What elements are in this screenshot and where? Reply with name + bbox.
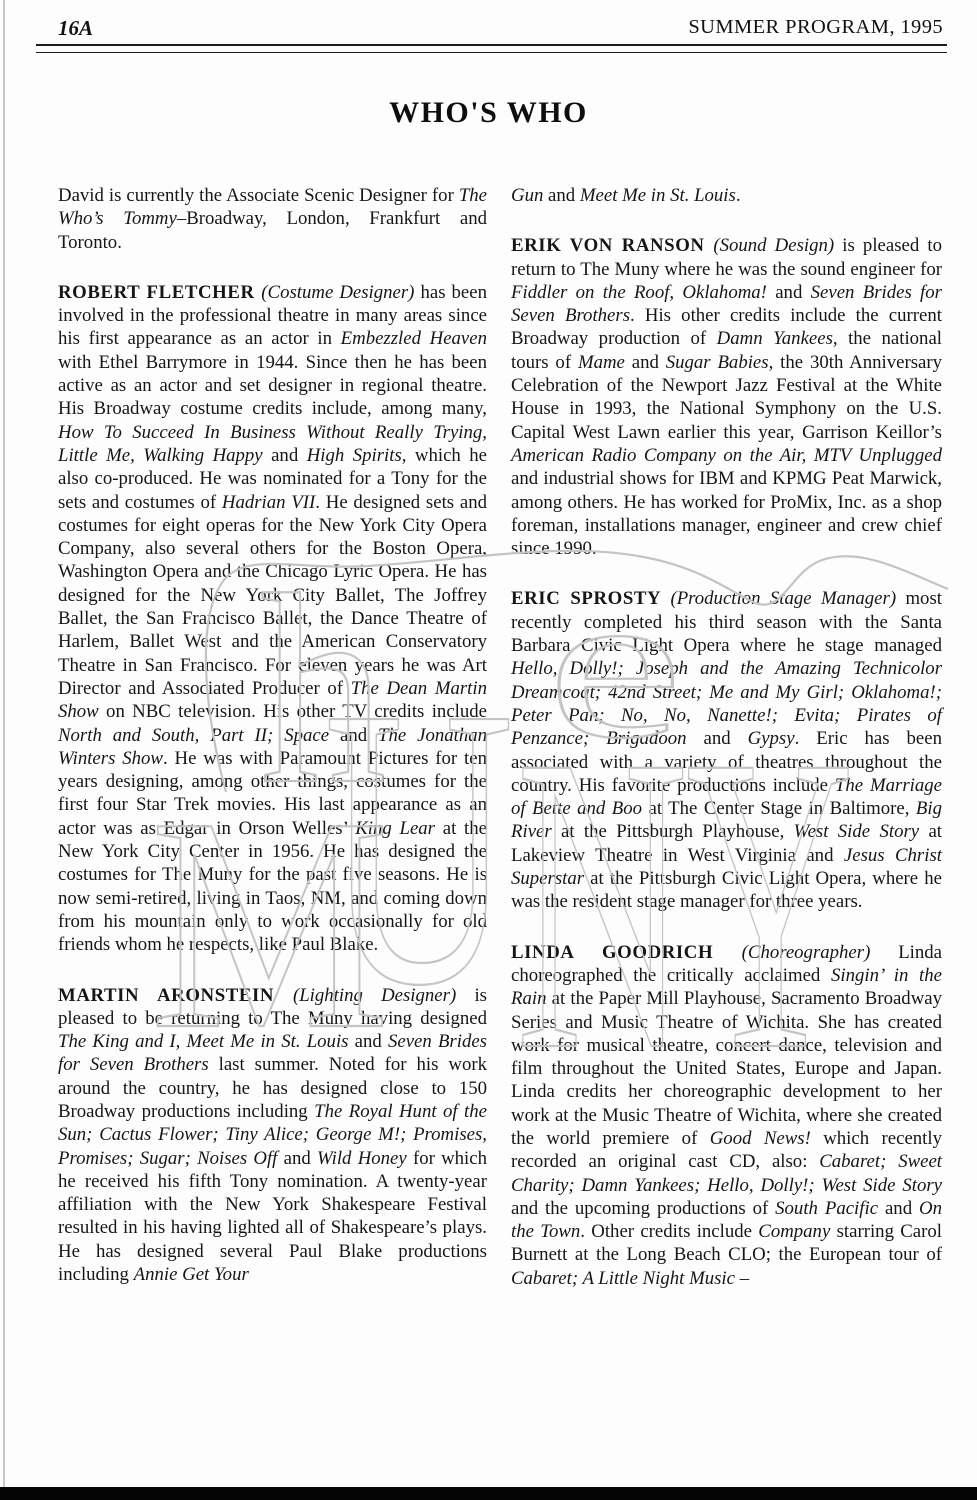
page-title: WHO'S WHO <box>0 96 977 130</box>
paragraph-david-continuation: David is currently the Associate Scenic … <box>58 184 487 254</box>
page-number: 16A <box>58 16 93 41</box>
header-program-title: SUMMER PROGRAM, 1995 <box>688 16 943 39</box>
header-rule-bottom <box>36 52 947 54</box>
header-rule-top <box>36 44 947 46</box>
scan-bottom-edge <box>0 1487 977 1500</box>
program-page: 16A SUMMER PROGRAM, 1995 WHO'S WHO David… <box>0 0 977 1500</box>
left-column: David is currently the Associate Scenic … <box>58 184 487 1313</box>
scan-left-edge <box>3 0 5 1500</box>
paragraph-gun-continuation: Gun and Meet Me in St. Louis. <box>511 184 942 207</box>
paragraph-martin-aronstein: MARTIN ARONSTEIN (Lighting Designer) is … <box>58 984 487 1287</box>
right-column: Gun and Meet Me in St. Louis. ERIK VON R… <box>511 184 942 1317</box>
paragraph-linda-goodrich: LINDA GOODRICH (Choreographer) Linda cho… <box>511 941 942 1290</box>
paragraph-erik-von-ranson: ERIK VON RANSON (Sound Design) is please… <box>511 234 942 560</box>
paragraph-eric-sprosty: ERIC SPROSTY (Production Stage Manager) … <box>511 587 942 913</box>
paragraph-robert-fletcher: ROBERT FLETCHER (Costume Designer) has b… <box>58 281 487 957</box>
